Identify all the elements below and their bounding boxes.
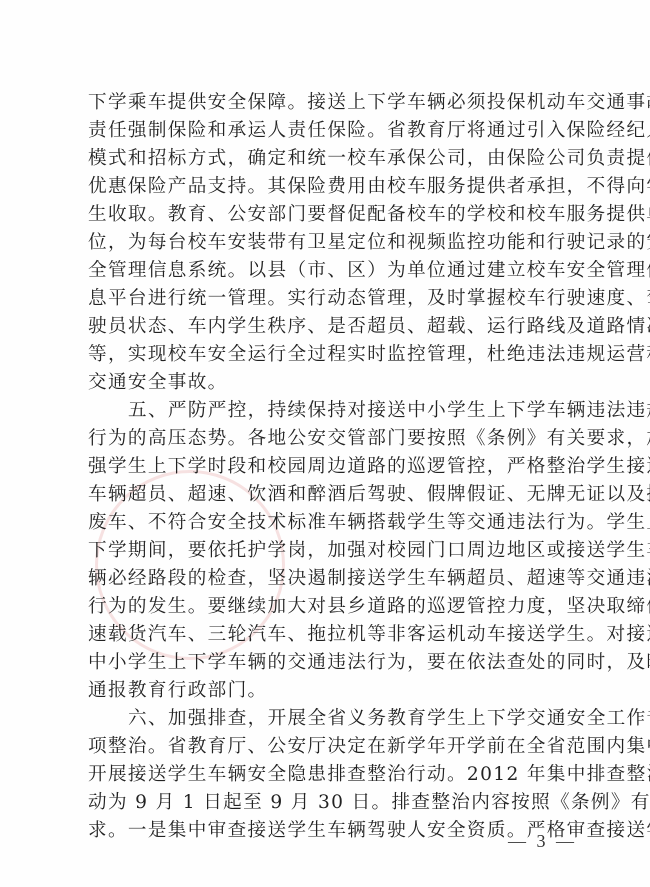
section-heading-six: 六、加强排查，开展全省义务教育学生上下学交通安全工作专 bbox=[88, 705, 558, 733]
text-line: 行为的高压态势。各地公安交管部门要按照《条例》有关要求，加 bbox=[88, 425, 558, 453]
text-line: 求。一是集中审查接送学生车辆驾驶人安全资质。严格审查接送学 bbox=[88, 817, 558, 845]
text-line: 速载货汽车、三轮汽车、拖拉机等非客运机动车接送学生。对接送 bbox=[88, 621, 558, 649]
section-heading-five: 五、严防严控，持续保持对接送中小学生上下学车辆违法违规 bbox=[88, 397, 558, 425]
text-line: 下学乘车提供安全保障。接送上下学车辆必须投保机动车交通事故 bbox=[88, 89, 558, 117]
text-line: 生收取。教育、公安部门要督促配备校车的学校和校车服务提供单 bbox=[88, 201, 558, 229]
text-line: 项整治。省教育厅、公安厅决定在新学年开学前在全省范围内集中 bbox=[88, 733, 558, 761]
text-line: 优惠保险产品支持。其保险费用由校车服务提供者承担，不得向学 bbox=[88, 173, 558, 201]
text-line: 动为 9 月 1 日起至 9 月 30 日。排查整治内容按照《条例》有关要 bbox=[88, 789, 558, 817]
page-number: — 3 — bbox=[508, 831, 577, 852]
text-line: 模式和招标方式，确定和统一校车承保公司，由保险公司负责提供 bbox=[88, 145, 558, 173]
text-line: 辆必经路段的检查，坚决遏制接送学生车辆超员、超速等交通违法 bbox=[88, 565, 558, 593]
text-line: 全管理信息系统。以县（市、区）为单位通过建立校车安全管理信 bbox=[88, 257, 558, 285]
text-line: 行为的发生。要继续加大对县乡道路的巡逻管控力度，坚决取缔低 bbox=[88, 593, 558, 621]
text-line: 通报教育行政部门。 bbox=[88, 677, 558, 705]
document-body: 下学乘车提供安全保障。接送上下学车辆必须投保机动车交通事故 责任强制保险和承运人… bbox=[88, 89, 558, 845]
text-line: 位，为每台校车安装带有卫星定位和视频监控功能和行驶记录的安 bbox=[88, 229, 558, 257]
text-line: 驶员状态、车内学生秩序、是否超员、超载、运行路线及道路情况 bbox=[88, 313, 558, 341]
text-line: 交通安全事故。 bbox=[88, 369, 558, 397]
document-page: 下学乘车提供安全保障。接送上下学车辆必须投保机动车交通事故 责任强制保险和承运人… bbox=[0, 0, 650, 887]
text-line: 下学期间，要依托护学岗，加强对校园门口周边地区或接送学生车 bbox=[88, 537, 558, 565]
text-line: 废车、不符合安全技术标准车辆搭载学生等交通违法行为。学生上 bbox=[88, 509, 558, 537]
text-line: 车辆超员、超速、饮酒和醉酒后驾驶、假牌假证、无牌无证以及报 bbox=[88, 481, 558, 509]
text-line: 息平台进行统一管理。实行动态管理，及时掌握校车行驶速度、驾 bbox=[88, 285, 558, 313]
text-line: 中小学生上下学车辆的交通违法行为，要在依法查处的同时，及时 bbox=[88, 649, 558, 677]
text-line: 开展接送学生车辆安全隐患排查整治行动。2012 年集中排查整治活 bbox=[88, 761, 558, 789]
text-line: 责任强制保险和承运人责任保险。省教育厅将通过引入保险经纪人 bbox=[88, 117, 558, 145]
text-line: 等，实现校车安全运行全过程实时监控管理，杜绝违法违规运营和 bbox=[88, 341, 558, 369]
text-line: 强学生上下学时段和校园周边道路的巡逻管控，严格整治学生接送 bbox=[88, 453, 558, 481]
